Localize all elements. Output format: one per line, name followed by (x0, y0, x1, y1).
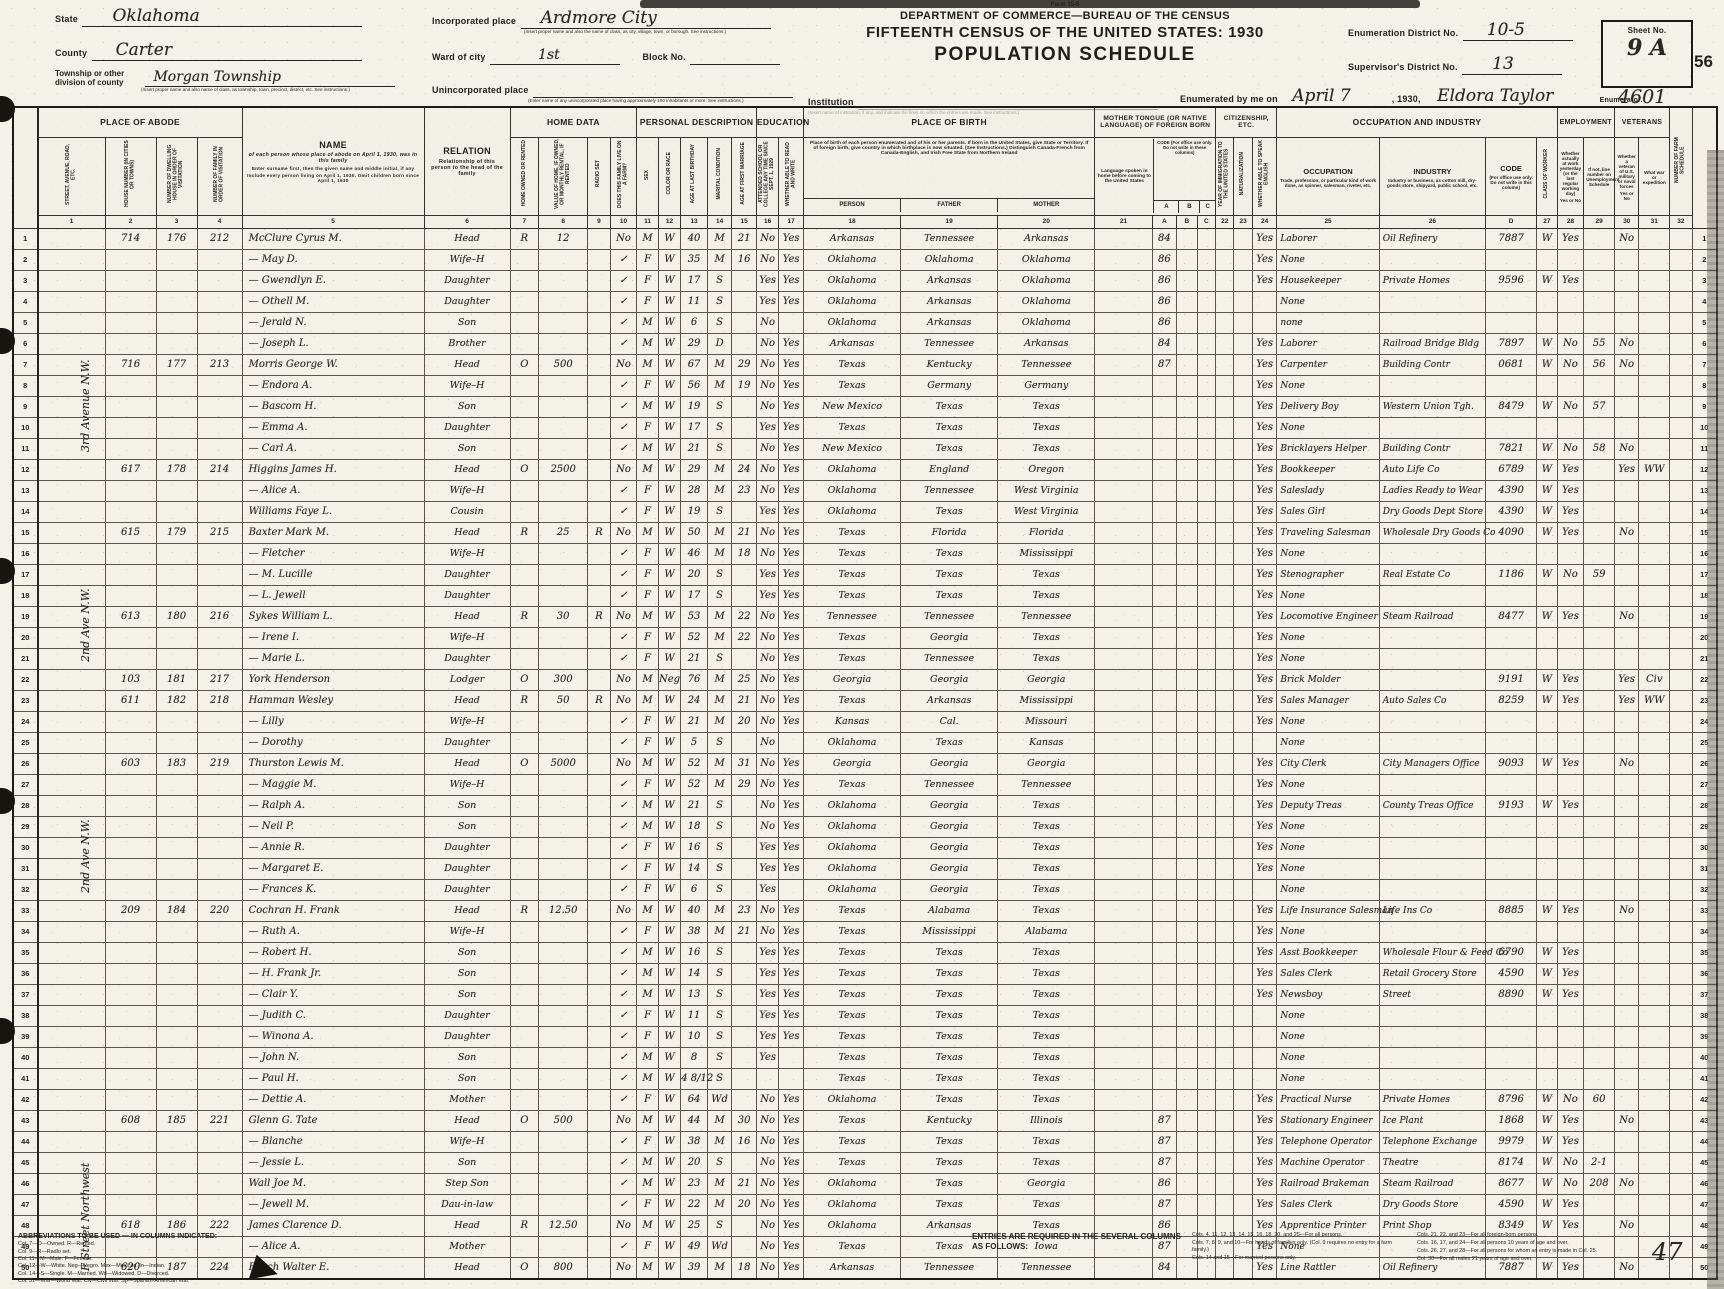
cell-n: 33 (13, 900, 38, 921)
cell-en (1252, 291, 1277, 312)
cell-ca (1152, 417, 1177, 438)
cell-cr: W (658, 291, 680, 312)
cell-wr (1639, 270, 1670, 291)
cell-rad (588, 858, 610, 879)
entry-note: Cols. 7, 8, 9, and 10—For heads of famil… (1192, 1240, 1407, 1254)
cell-cl (1537, 858, 1558, 879)
cell-st (38, 333, 105, 354)
cell-eno (1584, 543, 1615, 564)
street-name: 3rd Avenue N.W. (79, 359, 92, 452)
cell-val (539, 291, 588, 312)
cell-rw: Yes (779, 1089, 804, 1110)
cell-oc: Machine Operator (1277, 1152, 1379, 1173)
cell-ow (510, 816, 539, 837)
person-row: 37— Clair Y.Son✓MW13SYesYesTexasTexasTex… (13, 984, 1717, 1005)
sheet-label: Sheet No. (1603, 26, 1691, 35)
cell-nm: — Jewell M. (242, 1194, 424, 1215)
cell-en: Yes (1252, 606, 1277, 627)
cell-wr: WW (1639, 690, 1670, 711)
cell-sc: No (756, 438, 778, 459)
cell-vt (1614, 312, 1639, 333)
cell-vt (1614, 249, 1639, 270)
cell-sx: F (637, 501, 658, 522)
cell-cc (1197, 1068, 1215, 1089)
cell-em: Yes (1557, 228, 1584, 249)
abbreviations-block: ABBREVIATIONS TO BE USED — IN COLUMNS IN… (18, 1232, 438, 1285)
cell-cc (1197, 816, 1215, 837)
cell-ow (510, 1173, 539, 1194)
cell-oc: Laborer (1277, 333, 1379, 354)
ed-value: 10-5 (1487, 20, 1525, 40)
person-row: 9— Bascom H.Son✓MW19SNoYesNew MexicoTexa… (13, 396, 1717, 417)
column-number: 32 (1670, 215, 1692, 228)
cell-bp: Texas (803, 585, 900, 606)
cell-ca (1152, 1047, 1177, 1068)
person-row: 43608185221Glenn G. TateHeadO500NoMW44M3… (13, 1110, 1717, 1131)
cell-rw: Yes (779, 291, 804, 312)
cell-ow (510, 732, 539, 753)
cell-st (38, 921, 105, 942)
cell-bm: Mississippi (998, 543, 1095, 564)
cell-rw: Yes (779, 795, 804, 816)
cell-wr: Civ (1639, 669, 1670, 690)
cell-sx: M (637, 459, 658, 480)
cell-nm: York Henderson (242, 669, 424, 690)
cell-ag: 22 (681, 1194, 708, 1215)
cell-cb (1177, 1110, 1197, 1131)
cell-sc: No (756, 900, 778, 921)
cell-en: Yes (1252, 375, 1277, 396)
cell-ind (1379, 921, 1485, 942)
cell-c22 (1216, 627, 1234, 648)
cell-cc (1197, 312, 1215, 333)
cell-c22 (1216, 1005, 1234, 1026)
cell-em: No (1557, 1089, 1584, 1110)
column-number: 25 (1277, 215, 1379, 228)
cell-cl: W (1537, 1194, 1558, 1215)
cell-f (197, 1152, 242, 1173)
cell-cb (1177, 375, 1197, 396)
cell-vt: No (1614, 606, 1639, 627)
cell-vt (1614, 942, 1639, 963)
cell-rw: Yes (779, 753, 804, 774)
column-number: 11 (637, 215, 658, 228)
cell-fs (1670, 1152, 1692, 1173)
cell-bm: Texas (998, 900, 1095, 921)
cell-ind: Ice Plant (1379, 1110, 1485, 1131)
cell-c23 (1234, 1110, 1252, 1131)
person-row: 40— John N.Son✓MW8SYesTexasTexasTexasNon… (13, 1047, 1717, 1068)
cell-c23 (1234, 732, 1252, 753)
cell-sc: Yes (756, 837, 778, 858)
cell-c23 (1234, 354, 1252, 375)
cell-cr: W (658, 606, 680, 627)
cell-fm: ✓ (610, 480, 637, 501)
cell-n: 15 (13, 522, 38, 543)
cell-st (38, 585, 105, 606)
cell-bm: Georgia (998, 753, 1095, 774)
cell-fm: ✓ (610, 501, 637, 522)
cell-bf: Texas (901, 438, 998, 459)
cell-ca (1152, 627, 1177, 648)
cell-h (105, 270, 156, 291)
cell-ow: R (510, 606, 539, 627)
cell-oc: None (1277, 1026, 1379, 1047)
cell-rw: Yes (779, 375, 804, 396)
cell-h (105, 732, 156, 753)
column-age: AGE AT LAST BIRTHDAY (681, 137, 708, 215)
enumerated-label: Enumerated by me on (1180, 94, 1278, 104)
cell-val: 30 (539, 606, 588, 627)
cell-ow (510, 249, 539, 270)
cell-rel: Head (424, 690, 510, 711)
cell-fm: ✓ (610, 942, 637, 963)
cell-cr: W (658, 900, 680, 921)
cell-em: Yes (1557, 669, 1584, 690)
cell-ca (1152, 459, 1177, 480)
cell-cd: 8885 (1486, 900, 1537, 921)
cell-ind (1379, 879, 1485, 900)
cell-oc: Brick Molder (1277, 669, 1379, 690)
cell-n: 42 (13, 1089, 38, 1110)
group-mother-tongue: MOTHER TONGUE (OR NATIVE LANGUAGE) OF FO… (1095, 107, 1216, 137)
abbrev-item: Col. 9—R—Radio set. (18, 1249, 438, 1256)
cell-ind: Steam Railroad (1379, 606, 1485, 627)
cell-sc: Yes (756, 963, 778, 984)
cell-nm: — Neil P. (242, 816, 424, 837)
cell-rw: Yes (779, 1173, 804, 1194)
cell-h (105, 648, 156, 669)
cell-n: 4 (13, 291, 38, 312)
cell-sx: M (637, 606, 658, 627)
person-row: 45— Jessie L.Son✓MW20SNoYesTexasTexasTex… (13, 1152, 1717, 1173)
cell-bm: Oklahoma (998, 249, 1095, 270)
cell-ca (1152, 921, 1177, 942)
cell-vt (1614, 396, 1639, 417)
cell-cc (1197, 837, 1215, 858)
cell-bm: Texas (998, 1068, 1095, 1089)
cell-cc (1197, 333, 1215, 354)
column-birthplace-person: PERSON (804, 199, 900, 212)
cell-rw: Yes (779, 1005, 804, 1026)
cell-sx: F (637, 837, 658, 858)
cell-ind: Steam Railroad (1379, 1173, 1485, 1194)
cell-ca: 86 (1152, 312, 1177, 333)
cell-fm: No (610, 459, 637, 480)
cell-bp: Oklahoma (803, 816, 900, 837)
cell-h: 603 (105, 753, 156, 774)
cell-wr (1639, 963, 1670, 984)
cell-vt (1614, 1194, 1639, 1215)
cell-cr: W (658, 270, 680, 291)
cell-sx: M (637, 438, 658, 459)
cell-h (105, 438, 156, 459)
cell-ow (510, 774, 539, 795)
abbrev-item: Col. 12—W—White. Neg—Negro. Mex—Mexican.… (18, 1263, 438, 1270)
cell-eno (1584, 1110, 1615, 1131)
cell-oc: Sales Clerk (1277, 963, 1379, 984)
cell-cr: W (658, 963, 680, 984)
cell-c23 (1234, 585, 1252, 606)
cell-em (1557, 1005, 1584, 1026)
cell-lg (1095, 1110, 1152, 1131)
cell-cl: W (1537, 753, 1558, 774)
cell-rel: Step Son (424, 1173, 510, 1194)
cell-am: 21 (732, 690, 757, 711)
cell-cc (1197, 1110, 1215, 1131)
cell-rel: Daughter (424, 858, 510, 879)
cell-lg (1095, 774, 1152, 795)
cell-n: 12 (13, 459, 38, 480)
cell-oc: None (1277, 1047, 1379, 1068)
column-number: 26 (1379, 215, 1485, 228)
cell-cd: 4390 (1486, 501, 1537, 522)
cell-em (1557, 312, 1584, 333)
cell-nm: — Alice A. (242, 480, 424, 501)
entry-note: Cols. 26, 27, and 28—For all persons for… (1417, 1248, 1632, 1255)
cell-cc (1197, 732, 1215, 753)
cell-rad (588, 1194, 610, 1215)
cell-rad (588, 669, 610, 690)
cell-fs (1670, 585, 1692, 606)
entry-note: Cols. 4, 11, 12, 13, 14, 15, 16, 18, 20,… (1192, 1232, 1407, 1239)
cell-rad (588, 270, 610, 291)
cell-bf: Texas (901, 564, 998, 585)
cell-ow (510, 438, 539, 459)
cell-fs (1670, 333, 1692, 354)
cell-st (38, 1173, 105, 1194)
cell-h: 611 (105, 690, 156, 711)
cell-fs (1670, 984, 1692, 1005)
cell-c22 (1216, 648, 1234, 669)
cell-n: 16 (13, 543, 38, 564)
cell-en: Yes (1252, 354, 1277, 375)
cell-cr: W (658, 396, 680, 417)
cell-bp: Texas (803, 1068, 900, 1089)
column-number: A (1152, 215, 1177, 228)
cell-ms: M (707, 753, 732, 774)
cell-bm: Texas (998, 963, 1095, 984)
cell-bp: Texas (803, 627, 900, 648)
cell-en: Yes (1252, 627, 1277, 648)
cell-bm: Texas (998, 1026, 1095, 1047)
cell-fs (1670, 228, 1692, 249)
cell-rw: Yes (779, 333, 804, 354)
cell-vt (1614, 564, 1639, 585)
cell-d (156, 732, 197, 753)
cell-f: 216 (197, 606, 242, 627)
cell-eno (1584, 858, 1615, 879)
cell-rad (588, 228, 610, 249)
cell-en: Yes (1252, 333, 1277, 354)
cell-vt (1614, 627, 1639, 648)
cell-sx: M (637, 984, 658, 1005)
cell-bf: Georgia (901, 753, 998, 774)
cell-st (38, 900, 105, 921)
cell-eno (1584, 312, 1615, 333)
cell-wr (1639, 354, 1670, 375)
cell-rw: Yes (779, 669, 804, 690)
cell-f (197, 501, 242, 522)
cell-nm: — Endora A. (242, 375, 424, 396)
cell-am: 23 (732, 480, 757, 501)
cell-ow (510, 984, 539, 1005)
township-label: Township or other division of county (55, 70, 141, 87)
cell-nm: Sykes William L. (242, 606, 424, 627)
cell-bm: Texas (998, 1194, 1095, 1215)
cell-sx: F (637, 564, 658, 585)
cell-en: Yes (1252, 753, 1277, 774)
cell-bp: Texas (803, 564, 900, 585)
column-occupation: OCCUPATION Trade, profession, or particu… (1277, 137, 1379, 215)
cell-ca (1152, 606, 1177, 627)
cell-fm: No (610, 522, 637, 543)
cell-lg (1095, 1047, 1152, 1068)
cell-rel: Head (424, 900, 510, 921)
cell-rad (588, 1005, 610, 1026)
cell-oc: Saleslady (1277, 480, 1379, 501)
cell-fs (1670, 1005, 1692, 1026)
cell-val (539, 417, 588, 438)
cell-ind (1379, 1005, 1485, 1026)
person-row: 13— Alice A.Wife–H✓FW28M23NoYesOklahomaT… (13, 480, 1717, 501)
cell-eno (1584, 837, 1615, 858)
cell-ow (510, 417, 539, 438)
cell-cr: W (658, 585, 680, 606)
cell-sx: M (637, 690, 658, 711)
cell-rw: Yes (779, 921, 804, 942)
cell-c22 (1216, 963, 1234, 984)
cell-val (539, 270, 588, 291)
cell-cl: W (1537, 333, 1558, 354)
person-row: 38— Judith C.Daughter✓FW11SYesYesTexasTe… (13, 1005, 1717, 1026)
cell-cd (1486, 291, 1537, 312)
cell-bf: Texas (901, 1131, 998, 1152)
cell-wr (1639, 732, 1670, 753)
cell-f: 221 (197, 1110, 242, 1131)
cell-rel: Wife–H (424, 774, 510, 795)
cell-f (197, 732, 242, 753)
cell-fm: No (610, 228, 637, 249)
cell-c23 (1234, 291, 1252, 312)
cell-bf: Tennessee (901, 648, 998, 669)
column-veteran: Whether a veteran of U.S. military or na… (1614, 137, 1639, 215)
cell-fs (1670, 879, 1692, 900)
cell-st (38, 816, 105, 837)
person-row: 39— Winona A.Daughter✓FW10SYesYesTexasTe… (13, 1026, 1717, 1047)
cell-ow (510, 795, 539, 816)
cell-c23 (1234, 606, 1252, 627)
cell-rel: Son (424, 1047, 510, 1068)
cell-sx: M (637, 816, 658, 837)
cell-am (732, 501, 757, 522)
cell-sx: F (637, 732, 658, 753)
cell-cc (1197, 270, 1215, 291)
cell-em (1557, 375, 1584, 396)
cell-f (197, 921, 242, 942)
cell-rel: Son (424, 942, 510, 963)
cell-c23 (1234, 774, 1252, 795)
column-dwelling-number: NUMBER OF DWELLING HOUSE IN ORDER OF VIS… (156, 137, 197, 215)
cell-cd: 9979 (1486, 1131, 1537, 1152)
cell-em: Yes (1557, 270, 1584, 291)
cell-bf: Tennessee (901, 228, 998, 249)
cell-n: 14 (13, 501, 38, 522)
cell-bf: Texas (901, 543, 998, 564)
cell-sc: No (756, 774, 778, 795)
column-number: 27 (1537, 215, 1558, 228)
person-row: 42— Dettie A.Mother✓FW64WdNoYesOklahomaT… (13, 1089, 1717, 1110)
cell-ind (1379, 732, 1485, 753)
cell-cc (1197, 795, 1215, 816)
column-industry: INDUSTRY Industry or business, as cotton… (1379, 137, 1485, 215)
cell-wr (1639, 1005, 1670, 1026)
cell-cl: W (1537, 270, 1558, 291)
cell-cl: W (1537, 459, 1558, 480)
cell-n: 36 (13, 963, 38, 984)
cell-oc: None (1277, 837, 1379, 858)
cell-rad (588, 627, 610, 648)
cell-am (732, 984, 757, 1005)
cell-en: Yes (1252, 396, 1277, 417)
cell-fm: ✓ (610, 858, 637, 879)
cell-f (197, 648, 242, 669)
cell-c23 (1234, 1152, 1252, 1173)
cell-cd: 9093 (1486, 753, 1537, 774)
cell-bf: Kentucky (901, 354, 998, 375)
cell-am: 22 (732, 606, 757, 627)
cell-ind: Auto Sales Co (1379, 690, 1485, 711)
cell-val (539, 816, 588, 837)
cell-eno (1584, 270, 1615, 291)
entries-required-title: ENTRIES ARE REQUIRED IN THE SEVERAL COLU… (972, 1232, 1182, 1251)
cell-cr: W (658, 333, 680, 354)
cell-val (539, 1068, 588, 1089)
cell-ow (510, 648, 539, 669)
cell-ms: M (707, 375, 732, 396)
column-number: 18 (803, 215, 900, 228)
person-row: 6— Joseph L.Brother✓MW29DNoYesArkansasTe… (13, 333, 1717, 354)
cell-ca (1152, 1068, 1177, 1089)
cell-n: 17 (13, 564, 38, 585)
cell-cc (1197, 1089, 1215, 1110)
cell-ms: M (707, 1131, 732, 1152)
cell-rad (588, 480, 610, 501)
cell-ca: 84 (1152, 333, 1177, 354)
cell-st (38, 753, 105, 774)
cell-fs (1670, 942, 1692, 963)
cell-vt (1614, 963, 1639, 984)
cell-sx: F (637, 858, 658, 879)
cell-rel: Son (424, 438, 510, 459)
cell-vt: No (1614, 333, 1639, 354)
ed-label: Enumeration District No. (1348, 28, 1458, 38)
cell-st (38, 270, 105, 291)
cell-cl: W (1537, 228, 1558, 249)
cell-bm: Oregon (998, 459, 1095, 480)
census-sheet: State Oklahoma County Carter Township or… (0, 0, 1724, 1289)
cell-rw: Yes (779, 690, 804, 711)
cell-oc: Asst Bookkeeper (1277, 942, 1379, 963)
cell-ms: M (707, 522, 732, 543)
column-number: 9 (588, 215, 610, 228)
cell-am (732, 648, 757, 669)
cell-rad (588, 1173, 610, 1194)
cell-em (1557, 879, 1584, 900)
cell-lg (1095, 354, 1152, 375)
cell-nm: — Lilly (242, 711, 424, 732)
cell-c23 (1234, 816, 1252, 837)
